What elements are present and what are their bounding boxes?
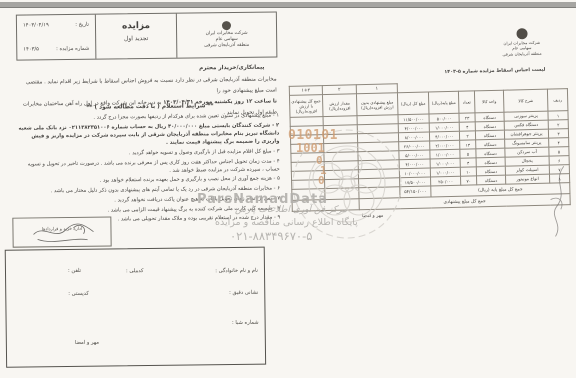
cell-grand-empty bbox=[292, 189, 325, 201]
cell-qty: ۴ bbox=[459, 122, 475, 131]
header-company-cell: شرکت مخابرات ایران سهامی عام منطقه آذربا… bbox=[176, 12, 277, 57]
stamp-signature-label: مهر و امضا bbox=[362, 214, 383, 220]
col-bid: مبلغ پیشنهادی بدون ارزش افزوده(ریال) bbox=[356, 93, 398, 116]
name-field-label: نام و نام خانوادگی : bbox=[215, 268, 258, 275]
header-title-cell: مزایده تجدید اول bbox=[95, 14, 177, 59]
company-region: منطقه آذربایجان شرقی bbox=[204, 43, 249, 50]
col-desc: شرح کالا bbox=[503, 89, 548, 112]
condition-item: ۴ - مدت زمان تحویل اجناس حداکثر هفت روز … bbox=[18, 157, 280, 177]
col-grand: جمع کل پیشنهادی با ارزش افزوده(ریال) bbox=[289, 95, 323, 118]
sheba-field-label: شماره شبا : bbox=[232, 320, 259, 326]
proposed-total-empty bbox=[292, 199, 359, 212]
salutation: پیمانکاری/خریدار محترم bbox=[199, 65, 264, 72]
address-field-label: نشانی دقیق : bbox=[229, 290, 258, 296]
condition-item: ۲ - شرکت کنندگان بایستی مبلغ ۴۰/۰۰۰/۰۰۰ … bbox=[17, 121, 279, 149]
cell-qty: ۵ bbox=[460, 149, 476, 158]
cell-qty: ۴ bbox=[460, 158, 476, 167]
scanned-tender-document: شرکت مخابرات ایران سهامی عام منطقه آذربا… bbox=[0, 0, 576, 378]
telecom-logo-icon bbox=[222, 21, 231, 30]
national-id-field-label: کدملی : bbox=[126, 268, 143, 274]
purchasing-office-stamp-box: اداره خرید و قراردادها bbox=[12, 216, 111, 247]
scrap-items-table: ۱ ۲ ۱+۲ ردیف شرح کالا واحد کالا تعداد مب… bbox=[289, 79, 571, 212]
tender-conditions-page: شرکت مخابرات ایران سهامی عام منطقه آذربا… bbox=[6, 6, 296, 373]
handwriting-mark-icon bbox=[542, 161, 574, 242]
cell-qty: ۲ bbox=[459, 131, 475, 140]
tender-number-label: شماره مزایده : bbox=[56, 46, 89, 52]
telecom-logo-icon bbox=[516, 28, 527, 39]
document-subtitle: تجدید اول bbox=[96, 35, 176, 43]
phone-field-label: تلفن : bbox=[68, 268, 81, 274]
date-value: ۱۴۰۳/۰۴/۱۹ bbox=[23, 22, 49, 28]
col-total: مبلغ کل (ریال) bbox=[397, 92, 429, 115]
col-row: ردیف bbox=[547, 89, 568, 111]
signature-scribble-icon bbox=[13, 217, 110, 246]
col-qty: تعداد bbox=[458, 91, 475, 113]
cell-qty: ۱۰ bbox=[460, 167, 476, 176]
document-title: مزایده bbox=[96, 21, 176, 32]
base-total-value: ۵۴/۱۵۰/۰۰۰ bbox=[400, 186, 431, 198]
stamp-signature-label: مهر و امضا bbox=[75, 340, 99, 346]
cell-qty: ۱۳ bbox=[460, 140, 476, 149]
table-page-company-block: شرکت مخابرات ایران سهامی عام منطقه آذربا… bbox=[485, 27, 558, 57]
cell-qty: ۲۳ bbox=[459, 113, 475, 122]
cell-vat-empty bbox=[325, 188, 359, 200]
date-label: تاریخ : bbox=[75, 22, 89, 28]
col-vat: مقدار ارزش افزوده(ریال) bbox=[322, 94, 357, 117]
items-table-title: لیست اجناس اسقاط مزایده شماره ۵-۱۴۰۳ bbox=[433, 68, 545, 76]
header-meta-cell: تاریخ : ۱۴۰۳/۰۴/۱۹ شماره مزایده : ۱۴۰۳/۵ bbox=[17, 15, 96, 60]
cell-qty: ۷۰ bbox=[461, 176, 477, 185]
intro-line-1: مخابرات منطقه آذربایجان شرقی در نظر دارد… bbox=[19, 74, 277, 99]
company-region: منطقه آذربایجان شرقی bbox=[486, 50, 558, 57]
postal-code-field-label: کدپستی : bbox=[68, 291, 89, 297]
col-base: مبلغ پایه(ریال) bbox=[428, 91, 459, 114]
scrap-items-table-page: شرکت مخابرات ایران سهامی عام منطقه آذربا… bbox=[282, 3, 576, 260]
tender-number-value: ۱۴۰۳/۵ bbox=[23, 46, 39, 52]
conditions-list: ۱ - مبلغ پیشنهادی در ستون تعیین شده برای… bbox=[17, 111, 280, 226]
bidder-info-form: نام و نام خانوادگی : کدملی : تلفن : نشان… bbox=[5, 247, 266, 368]
col-unit: واحد کالا bbox=[474, 90, 504, 113]
document-header: شرکت مخابرات ایران سهامی عام منطقه آذربا… bbox=[16, 11, 278, 60]
